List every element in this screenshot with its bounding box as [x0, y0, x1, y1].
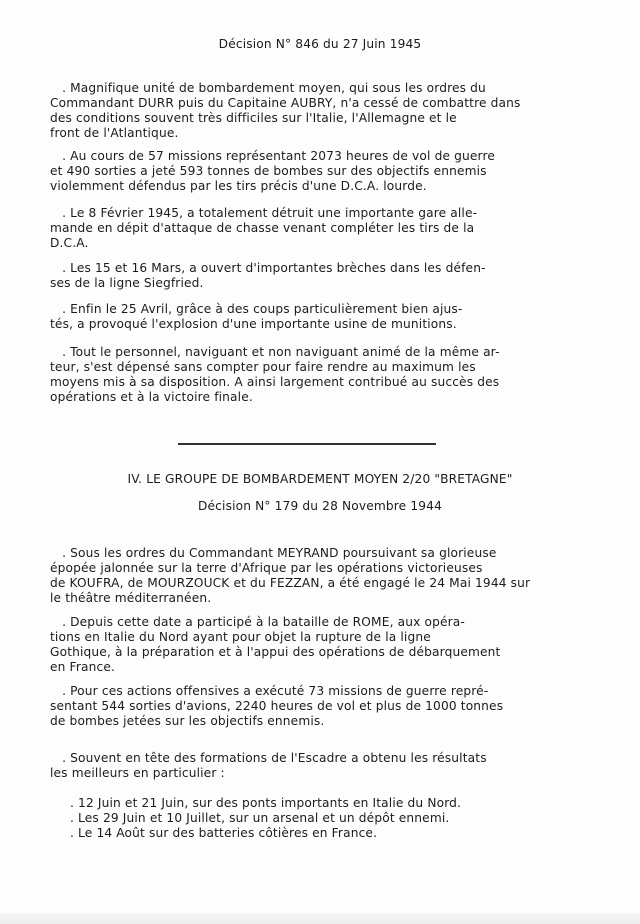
paragraph-line: violemment défendus par les tirs précis … [50, 179, 427, 193]
document-page: Décision N° 846 du 27 Juin 1945 . Magnif… [0, 0, 640, 924]
paragraph-line: Gothique, à la préparation et à l'appui … [50, 645, 500, 659]
paragraph-line: le théâtre méditerranéen. [50, 591, 211, 605]
bullet-item: . Le 14 Août sur des batteries côtières … [70, 826, 377, 840]
paragraph-line: des conditions souvent très difficiles s… [50, 111, 457, 125]
decision-179-title: Décision N° 179 du 28 Novembre 1944 [0, 499, 640, 513]
paragraph-line: sentant 544 sorties d'avions, 2240 heure… [50, 699, 503, 713]
paragraph-line: tés, a provoqué l'explosion d'une import… [50, 317, 457, 331]
paragraph-line: . Souvent en tête des formations de l'Es… [50, 751, 487, 765]
paragraph-line: tions en Italie du Nord ayant pour objet… [50, 630, 431, 644]
paragraph-line: et 490 sorties a jeté 593 tonnes de bomb… [50, 164, 487, 178]
paragraph-line: . Au cours de 57 missions représentant 2… [50, 149, 495, 163]
paragraph-line: moyens mis à sa disposition. A ainsi lar… [50, 375, 499, 389]
paragraph-line: de KOUFRA, de MOURZOUCK et du FEZZAN, a … [50, 576, 530, 590]
paragraph-line: . Pour ces actions offensives a exécuté … [50, 684, 488, 698]
paragraph-line: . Tout le personnel, naviguant et non na… [50, 345, 500, 359]
scan-bottom-edge [0, 913, 640, 924]
paragraph-line: les meilleurs en particulier : [50, 766, 225, 780]
section-heading: IV. LE GROUPE DE BOMBARDEMENT MOYEN 2/20… [0, 472, 640, 486]
paragraph-line: en France. [50, 660, 115, 674]
paragraph-line: épopée jalonnée sur la terre d'Afrique p… [50, 561, 483, 575]
paragraph-line: front de l'Atlantique. [50, 126, 179, 140]
paragraph-line: Commandant DURR puis du Capitaine AUBRY,… [50, 96, 521, 110]
paragraph-line: . Sous les ordres du Commandant MEYRAND … [50, 546, 496, 560]
paragraph-line: . Depuis cette date a participé à la bat… [50, 615, 465, 629]
paragraph-line: . Le 8 Février 1945, a totalement détrui… [50, 206, 477, 220]
bullet-item: . Les 29 Juin et 10 Juillet, sur un arse… [70, 811, 449, 825]
paragraph-line: . Enfin le 25 Avril, grâce à des coups p… [50, 302, 462, 316]
bullet-item: . 12 Juin et 21 Juin, sur des ponts impo… [70, 796, 461, 810]
paragraph-line: ses de la ligne Siegfried. [50, 276, 204, 290]
paragraph-line: de bombes jetées sur les objectifs ennem… [50, 714, 324, 728]
paragraph-line: D.C.A. [50, 236, 89, 250]
paragraph-line: mande en dépit d'attaque de chasse venan… [50, 221, 474, 235]
paragraph-line: teur, s'est dépensé sans compter pour fa… [50, 360, 476, 374]
section-divider [178, 443, 436, 445]
paragraph-line: opérations et à la victoire finale. [50, 390, 253, 404]
decision-846-title: Décision N° 846 du 27 Juin 1945 [0, 37, 640, 51]
paragraph-line: . Les 15 et 16 Mars, a ouvert d'importan… [50, 261, 486, 275]
paragraph-line: . Magnifique unité de bombardement moyen… [50, 81, 486, 95]
